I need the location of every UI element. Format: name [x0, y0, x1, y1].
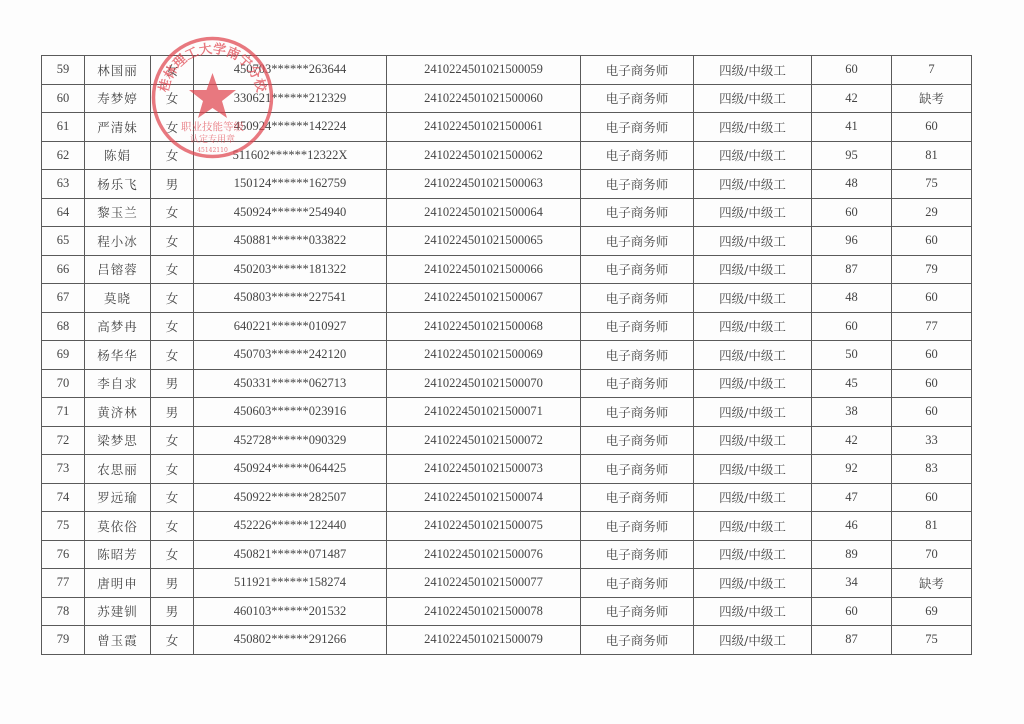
cell-theory-score: 60: [812, 312, 892, 341]
table-row: 76陈昭芳女450821******0714872410224501021500…: [42, 540, 972, 569]
cell-ticket-number: 2410224501021500071: [387, 398, 581, 427]
table-row: 68高梦冉女640221******0109272410224501021500…: [42, 312, 972, 341]
cell-practical-score: 60: [892, 369, 972, 398]
cell-name: 唐明申: [85, 569, 151, 598]
cell-occupation: 电子商务师: [581, 341, 694, 370]
cell-practical-score: 77: [892, 312, 972, 341]
cell-no: 60: [42, 84, 85, 113]
cell-theory-score: 96: [812, 227, 892, 256]
cell-level: 四级/中级工: [694, 398, 812, 427]
cell-no: 71: [42, 398, 85, 427]
cell-name: 陈昭芳: [85, 540, 151, 569]
cell-gender: 女: [151, 56, 194, 85]
cell-theory-score: 60: [812, 198, 892, 227]
table-row: 79曾玉霞女450802******2912662410224501021500…: [42, 626, 972, 655]
cell-id-number: 511602******12322X: [194, 141, 387, 170]
cell-level: 四级/中级工: [694, 284, 812, 313]
cell-gender: 男: [151, 398, 194, 427]
cell-name: 曾玉霞: [85, 626, 151, 655]
cell-level: 四级/中级工: [694, 141, 812, 170]
cell-no: 59: [42, 56, 85, 85]
cell-occupation: 电子商务师: [581, 113, 694, 142]
cell-theory-score: 50: [812, 341, 892, 370]
cell-theory-score: 34: [812, 569, 892, 598]
cell-level: 四级/中级工: [694, 540, 812, 569]
cell-occupation: 电子商务师: [581, 626, 694, 655]
cell-occupation: 电子商务师: [581, 56, 694, 85]
cell-practical-score: 81: [892, 141, 972, 170]
cell-level: 四级/中级工: [694, 84, 812, 113]
cell-ticket-number: 2410224501021500078: [387, 597, 581, 626]
cell-no: 63: [42, 170, 85, 199]
cell-occupation: 电子商务师: [581, 483, 694, 512]
cell-practical-score: 33: [892, 426, 972, 455]
cell-no: 67: [42, 284, 85, 313]
cell-name: 寿梦婷: [85, 84, 151, 113]
cell-ticket-number: 2410224501021500062: [387, 141, 581, 170]
cell-id-number: 450703******242120: [194, 341, 387, 370]
cell-ticket-number: 2410224501021500073: [387, 455, 581, 484]
cell-gender: 女: [151, 455, 194, 484]
cell-no: 72: [42, 426, 85, 455]
cell-level: 四级/中级工: [694, 56, 812, 85]
cell-level: 四级/中级工: [694, 170, 812, 199]
cell-gender: 男: [151, 597, 194, 626]
cell-practical-score: 60: [892, 227, 972, 256]
cell-id-number: 450924******142224: [194, 113, 387, 142]
cell-practical-score: 60: [892, 113, 972, 142]
cell-level: 四级/中级工: [694, 312, 812, 341]
cell-gender: 女: [151, 84, 194, 113]
cell-id-number: 330621******212329: [194, 84, 387, 113]
cell-ticket-number: 2410224501021500067: [387, 284, 581, 313]
cell-gender: 女: [151, 341, 194, 370]
cell-practical-score: 79: [892, 255, 972, 284]
cell-id-number: 452226******122440: [194, 512, 387, 541]
table-row: 62陈娟女511602******12322X24102245010215000…: [42, 141, 972, 170]
cell-no: 76: [42, 540, 85, 569]
cell-id-number: 450922******282507: [194, 483, 387, 512]
cell-practical-score: 29: [892, 198, 972, 227]
cell-id-number: 640221******010927: [194, 312, 387, 341]
table-row: 64黎玉兰女450924******2549402410224501021500…: [42, 198, 972, 227]
cell-id-number: 450924******254940: [194, 198, 387, 227]
cell-name: 梁梦思: [85, 426, 151, 455]
cell-gender: 男: [151, 170, 194, 199]
cell-name: 李自求: [85, 369, 151, 398]
cell-level: 四级/中级工: [694, 227, 812, 256]
cell-id-number: 450803******227541: [194, 284, 387, 313]
score-table: 59林国丽女450703******2636442410224501021500…: [41, 55, 972, 655]
table-row: 71黄济林男450603******0239162410224501021500…: [42, 398, 972, 427]
table-row: 78苏建钏男460103******2015322410224501021500…: [42, 597, 972, 626]
cell-ticket-number: 2410224501021500064: [387, 198, 581, 227]
cell-occupation: 电子商务师: [581, 597, 694, 626]
cell-theory-score: 41: [812, 113, 892, 142]
cell-theory-score: 92: [812, 455, 892, 484]
cell-occupation: 电子商务师: [581, 398, 694, 427]
cell-ticket-number: 2410224501021500077: [387, 569, 581, 598]
table-row: 63杨乐飞男150124******1627592410224501021500…: [42, 170, 972, 199]
cell-name: 莫依俗: [85, 512, 151, 541]
cell-level: 四级/中级工: [694, 569, 812, 598]
cell-name: 黎玉兰: [85, 198, 151, 227]
cell-no: 73: [42, 455, 85, 484]
cell-ticket-number: 2410224501021500079: [387, 626, 581, 655]
cell-gender: 女: [151, 312, 194, 341]
cell-theory-score: 60: [812, 56, 892, 85]
table-row: 74罗远瑜女450922******2825072410224501021500…: [42, 483, 972, 512]
cell-no: 61: [42, 113, 85, 142]
table-row: 67莫晓女450803******22754124102245010215000…: [42, 284, 972, 313]
table-row: 75莫依俗女452226******1224402410224501021500…: [42, 512, 972, 541]
cell-ticket-number: 2410224501021500074: [387, 483, 581, 512]
cell-occupation: 电子商务师: [581, 141, 694, 170]
cell-practical-score: 75: [892, 170, 972, 199]
cell-theory-score: 38: [812, 398, 892, 427]
cell-name: 黄济林: [85, 398, 151, 427]
cell-practical-score: 缺考: [892, 569, 972, 598]
cell-ticket-number: 2410224501021500072: [387, 426, 581, 455]
cell-occupation: 电子商务师: [581, 198, 694, 227]
cell-id-number: 450881******033822: [194, 227, 387, 256]
table-row: 72梁梦思女452728******0903292410224501021500…: [42, 426, 972, 455]
cell-ticket-number: 2410224501021500068: [387, 312, 581, 341]
cell-no: 74: [42, 483, 85, 512]
cell-practical-score: 60: [892, 483, 972, 512]
cell-no: 66: [42, 255, 85, 284]
cell-ticket-number: 2410224501021500063: [387, 170, 581, 199]
cell-id-number: 511921******158274: [194, 569, 387, 598]
cell-name: 程小冰: [85, 227, 151, 256]
cell-occupation: 电子商务师: [581, 369, 694, 398]
cell-level: 四级/中级工: [694, 113, 812, 142]
cell-no: 79: [42, 626, 85, 655]
cell-name: 罗远瑜: [85, 483, 151, 512]
cell-no: 68: [42, 312, 85, 341]
table-row: 77唐明申男511921******1582742410224501021500…: [42, 569, 972, 598]
cell-occupation: 电子商务师: [581, 84, 694, 113]
cell-occupation: 电子商务师: [581, 569, 694, 598]
cell-practical-score: 60: [892, 341, 972, 370]
cell-occupation: 电子商务师: [581, 227, 694, 256]
cell-name: 陈娟: [85, 141, 151, 170]
cell-name: 高梦冉: [85, 312, 151, 341]
table-row: 59林国丽女450703******2636442410224501021500…: [42, 56, 972, 85]
cell-theory-score: 89: [812, 540, 892, 569]
cell-name: 杨乐飞: [85, 170, 151, 199]
table-row: 65程小冰女450881******0338222410224501021500…: [42, 227, 972, 256]
cell-ticket-number: 2410224501021500059: [387, 56, 581, 85]
cell-practical-score: 81: [892, 512, 972, 541]
document-page: 59林国丽女450703******2636442410224501021500…: [0, 0, 1024, 724]
cell-gender: 女: [151, 141, 194, 170]
cell-no: 70: [42, 369, 85, 398]
cell-name: 苏建钏: [85, 597, 151, 626]
cell-name: 杨华华: [85, 341, 151, 370]
cell-level: 四级/中级工: [694, 426, 812, 455]
table-row: 69杨华华女450703******2421202410224501021500…: [42, 341, 972, 370]
cell-level: 四级/中级工: [694, 255, 812, 284]
cell-theory-score: 60: [812, 597, 892, 626]
cell-name: 林国丽: [85, 56, 151, 85]
cell-practical-score: 60: [892, 284, 972, 313]
cell-practical-score: 75: [892, 626, 972, 655]
cell-id-number: 450703******263644: [194, 56, 387, 85]
cell-id-number: 450821******071487: [194, 540, 387, 569]
table-row: 60寿梦婷女330621******2123292410224501021500…: [42, 84, 972, 113]
cell-theory-score: 45: [812, 369, 892, 398]
cell-occupation: 电子商务师: [581, 170, 694, 199]
cell-gender: 女: [151, 483, 194, 512]
cell-level: 四级/中级工: [694, 455, 812, 484]
cell-ticket-number: 2410224501021500070: [387, 369, 581, 398]
cell-practical-score: 7: [892, 56, 972, 85]
cell-ticket-number: 2410224501021500069: [387, 341, 581, 370]
cell-gender: 女: [151, 426, 194, 455]
cell-id-number: 450603******023916: [194, 398, 387, 427]
cell-no: 78: [42, 597, 85, 626]
cell-level: 四级/中级工: [694, 341, 812, 370]
cell-name: 莫晓: [85, 284, 151, 313]
cell-theory-score: 87: [812, 626, 892, 655]
cell-gender: 女: [151, 198, 194, 227]
cell-no: 62: [42, 141, 85, 170]
cell-theory-score: 42: [812, 84, 892, 113]
cell-level: 四级/中级工: [694, 483, 812, 512]
cell-theory-score: 48: [812, 170, 892, 199]
cell-occupation: 电子商务师: [581, 512, 694, 541]
cell-name: 吕镕蓉: [85, 255, 151, 284]
cell-theory-score: 47: [812, 483, 892, 512]
cell-theory-score: 46: [812, 512, 892, 541]
cell-occupation: 电子商务师: [581, 255, 694, 284]
cell-id-number: 450203******181322: [194, 255, 387, 284]
table-row: 70李自求男450331******0627132410224501021500…: [42, 369, 972, 398]
cell-theory-score: 42: [812, 426, 892, 455]
cell-ticket-number: 2410224501021500076: [387, 540, 581, 569]
table-row: 73农思丽女450924******0644252410224501021500…: [42, 455, 972, 484]
cell-id-number: 450331******062713: [194, 369, 387, 398]
cell-practical-score: 83: [892, 455, 972, 484]
cell-occupation: 电子商务师: [581, 455, 694, 484]
cell-level: 四级/中级工: [694, 512, 812, 541]
cell-gender: 男: [151, 569, 194, 598]
cell-level: 四级/中级工: [694, 198, 812, 227]
cell-ticket-number: 2410224501021500061: [387, 113, 581, 142]
cell-practical-score: 70: [892, 540, 972, 569]
cell-theory-score: 87: [812, 255, 892, 284]
cell-no: 77: [42, 569, 85, 598]
cell-gender: 女: [151, 113, 194, 142]
cell-id-number: 450802******291266: [194, 626, 387, 655]
cell-practical-score: 69: [892, 597, 972, 626]
cell-practical-score: 60: [892, 398, 972, 427]
cell-level: 四级/中级工: [694, 626, 812, 655]
cell-gender: 女: [151, 540, 194, 569]
cell-gender: 女: [151, 512, 194, 541]
cell-no: 64: [42, 198, 85, 227]
cell-name: 农思丽: [85, 455, 151, 484]
cell-gender: 女: [151, 255, 194, 284]
cell-no: 75: [42, 512, 85, 541]
table-row: 66吕镕蓉女450203******1813222410224501021500…: [42, 255, 972, 284]
cell-level: 四级/中级工: [694, 597, 812, 626]
cell-theory-score: 48: [812, 284, 892, 313]
cell-ticket-number: 2410224501021500060: [387, 84, 581, 113]
cell-occupation: 电子商务师: [581, 540, 694, 569]
cell-ticket-number: 2410224501021500066: [387, 255, 581, 284]
cell-gender: 女: [151, 227, 194, 256]
cell-id-number: 150124******162759: [194, 170, 387, 199]
cell-name: 严清妹: [85, 113, 151, 142]
cell-practical-score: 缺考: [892, 84, 972, 113]
cell-level: 四级/中级工: [694, 369, 812, 398]
cell-gender: 男: [151, 369, 194, 398]
table-row: 61严清妹女450924******1422242410224501021500…: [42, 113, 972, 142]
cell-gender: 女: [151, 284, 194, 313]
cell-occupation: 电子商务师: [581, 312, 694, 341]
cell-no: 65: [42, 227, 85, 256]
cell-id-number: 452728******090329: [194, 426, 387, 455]
cell-theory-score: 95: [812, 141, 892, 170]
cell-id-number: 460103******201532: [194, 597, 387, 626]
cell-no: 69: [42, 341, 85, 370]
cell-occupation: 电子商务师: [581, 426, 694, 455]
cell-gender: 女: [151, 626, 194, 655]
cell-ticket-number: 2410224501021500075: [387, 512, 581, 541]
cell-id-number: 450924******064425: [194, 455, 387, 484]
cell-occupation: 电子商务师: [581, 284, 694, 313]
cell-ticket-number: 2410224501021500065: [387, 227, 581, 256]
